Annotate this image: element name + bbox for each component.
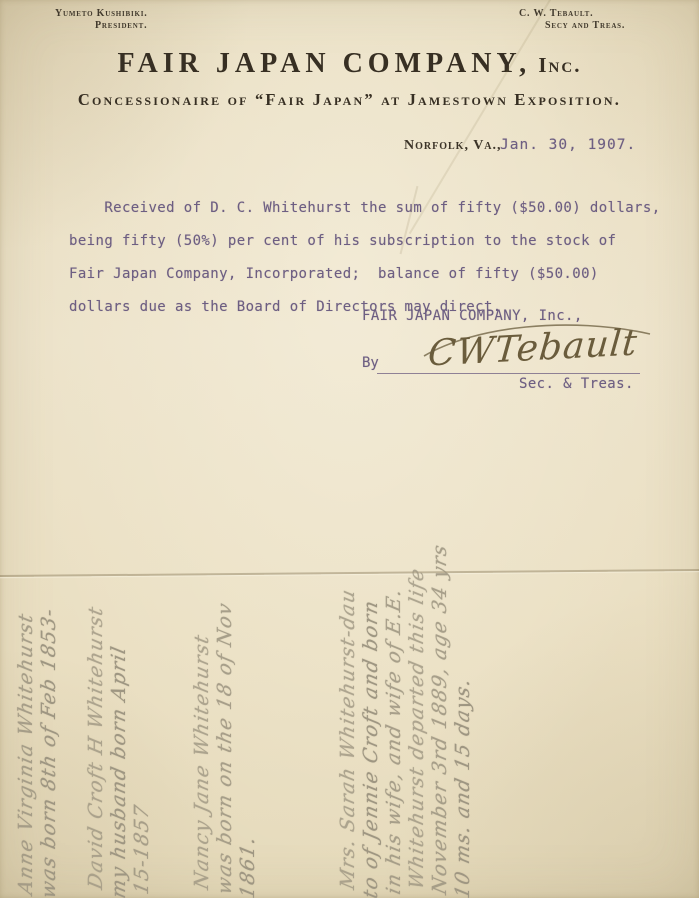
company-title-suffix: Inc. bbox=[531, 53, 581, 77]
handwriting-line: 15-1857 bbox=[130, 574, 153, 898]
handwriting-line: Nancy Jane Whitehurst bbox=[190, 574, 213, 898]
officer-right-name: C. W. Tebault. bbox=[519, 8, 593, 19]
signer-title: Sec. & Treas. bbox=[519, 376, 634, 392]
handwriting-line: Mrs. Sarah Whitehurst-dau bbox=[336, 574, 359, 898]
dateline-place: Norfolk, Va., bbox=[404, 138, 502, 154]
company-title-line: FAIR JAPAN COMPANY, Inc. bbox=[0, 48, 699, 80]
handwriting-line: to of Jennie Croft and born bbox=[359, 574, 382, 898]
receipt-body-line: being fifty (50%) per cent of his subscr… bbox=[69, 225, 679, 258]
letterhead-officer-left: Yumeto Kushibiki. President. bbox=[55, 8, 148, 31]
handwriting-line: my husband born April bbox=[107, 574, 130, 898]
handwriting-line: was born 8th of Feb 1853- bbox=[37, 574, 60, 898]
dateline-date: Jan. 30, 1907. bbox=[500, 137, 636, 153]
handwritten-genealogy-notes: Anne Virginia Whitehurst was born 8th of… bbox=[14, 576, 479, 898]
handwriting-line: in his wife, and wife of E.E. bbox=[382, 574, 405, 898]
letterhead-officer-right: C. W. Tebault. Secy and Treas. bbox=[519, 8, 625, 31]
handwriting-line: Whitehurst departed this life bbox=[405, 574, 428, 898]
handwriting-line: November 3rd 1889, age 34 yrs bbox=[428, 574, 451, 898]
handwriting-line: was born on the 18 of Nov bbox=[213, 574, 236, 898]
handwriting-line: David Croft H Whitehurst bbox=[84, 574, 107, 898]
by-label: By bbox=[362, 355, 379, 371]
handwriting-line: 10 ms. and 15 days. bbox=[451, 574, 474, 898]
scanned-receipt-document: Yumeto Kushibiki. President. C. W. Tebau… bbox=[0, 0, 699, 898]
receipt-body-line: Fair Japan Company, Incorporated; balanc… bbox=[69, 258, 679, 291]
handwriting-line: Anne Virginia Whitehurst bbox=[14, 574, 37, 898]
company-title: FAIR JAPAN COMPANY, bbox=[118, 48, 532, 79]
signature-flourish bbox=[420, 314, 655, 364]
handwriting-line: 1861. bbox=[236, 574, 259, 898]
signature-rule bbox=[377, 373, 640, 374]
receipt-body: Received of D. C. Whitehurst the sum of … bbox=[69, 192, 679, 324]
receipt-body-line: Received of D. C. Whitehurst the sum of … bbox=[69, 192, 679, 225]
company-subtitle: Concessionaire of “Fair Japan” at Jamest… bbox=[0, 90, 699, 110]
officer-left-title: President. bbox=[55, 20, 148, 31]
officer-left-name: Yumeto Kushibiki. bbox=[55, 8, 148, 19]
